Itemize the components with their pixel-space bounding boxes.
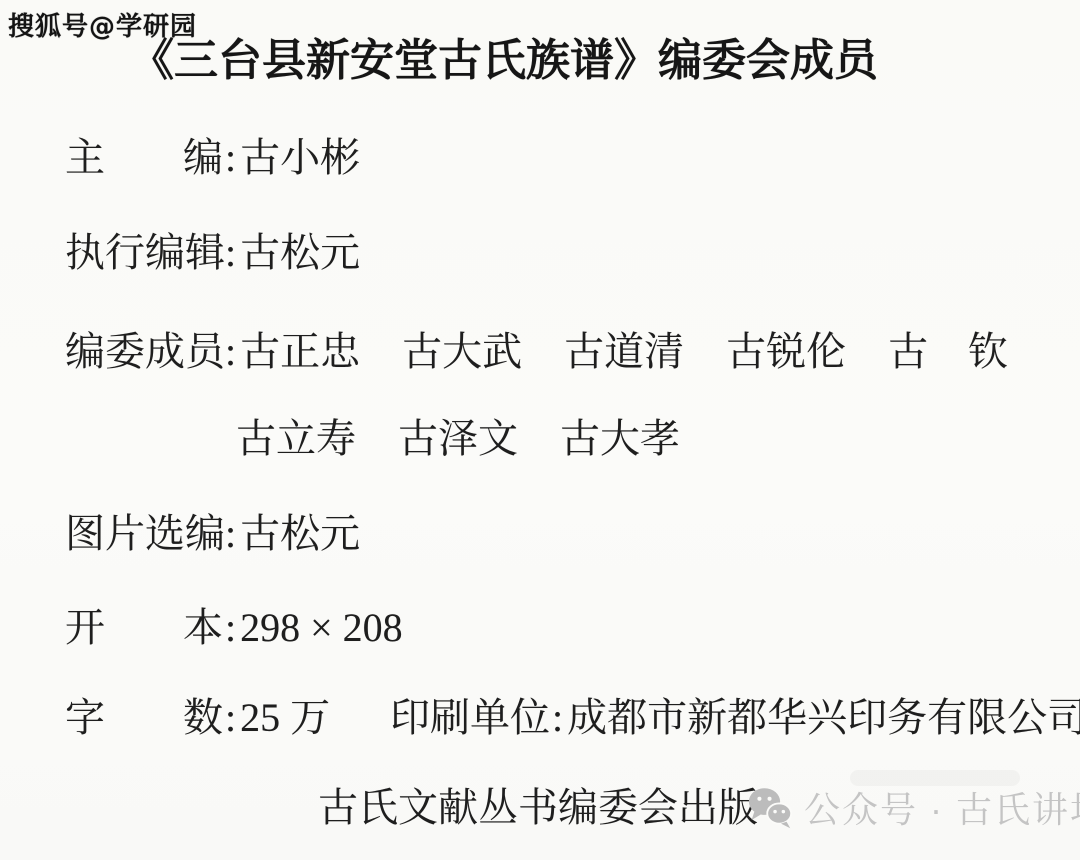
format-value: 298 × 208 [240, 605, 403, 650]
colon-separator: : [223, 696, 240, 740]
member-name: 古正忠 [240, 329, 360, 374]
member-name: 古泽文 [398, 416, 518, 461]
member-name: 古锐伦 [726, 329, 846, 374]
member-name: 古道清 [564, 329, 684, 374]
chief-editor-value: 古小彬 [240, 135, 360, 180]
member-name: 古 钦 [888, 329, 1008, 374]
row-committee-members: 编委成员:古正忠古大武古道清古锐伦古 钦 [65, 330, 1008, 374]
word-count-value: 25 万 [240, 695, 330, 740]
colon-separator: : [223, 136, 240, 180]
row-executive-editor: 执行编辑:古松元 [65, 231, 360, 275]
row-chief-editor: 主编:古小彬 [65, 136, 360, 180]
member-name: 古立寿 [236, 416, 356, 461]
chief-editor-label: 主编 [65, 136, 223, 180]
member-name: 古大武 [402, 329, 522, 374]
colon-separator: : [223, 512, 240, 556]
colon-separator: : [223, 330, 240, 374]
printer-value: 成都市新都华兴印务有限公司 [567, 695, 1080, 740]
colon-separator: : [223, 606, 240, 650]
photo-editor-label: 图片选编 [65, 512, 223, 556]
wechat-icon [746, 785, 794, 831]
executive-editor-value: 古松元 [240, 230, 360, 275]
colon-separator: : [550, 696, 567, 740]
word-count-label: 字数 [65, 696, 223, 740]
executive-editor-label: 执行编辑 [65, 231, 223, 275]
printer-label: 印刷单位 [390, 695, 550, 740]
scan-artifact [850, 770, 1020, 786]
photo-editor-value: 古松元 [240, 511, 360, 556]
row-photo-editor: 图片选编:古松元 [65, 512, 360, 556]
printer-group: 印刷单位:成都市新都华兴印务有限公司 [390, 696, 1080, 740]
member-name: 古大孝 [560, 416, 680, 461]
page-title: 《三台县新安堂古氏族谱》编委会成员 [0, 36, 1008, 87]
publisher-line: 古氏文献丛书编委会出版 [318, 786, 758, 830]
row-format: 开本:298 × 208 [65, 606, 403, 650]
wechat-watermark: 公众号 · 古氏讲坛 [746, 782, 1080, 833]
format-label: 开本 [65, 606, 223, 650]
row-word-count: 字数:25 万 印刷单位:成都市新都华兴印务有限公司 [65, 696, 330, 740]
committee-label: 编委成员 [65, 330, 223, 374]
colon-separator: : [223, 231, 240, 275]
wechat-account-label: 公众号 · 古氏讲坛 [804, 782, 1080, 833]
row-committee-members-2: 古立寿古泽文古大孝 [236, 417, 680, 461]
